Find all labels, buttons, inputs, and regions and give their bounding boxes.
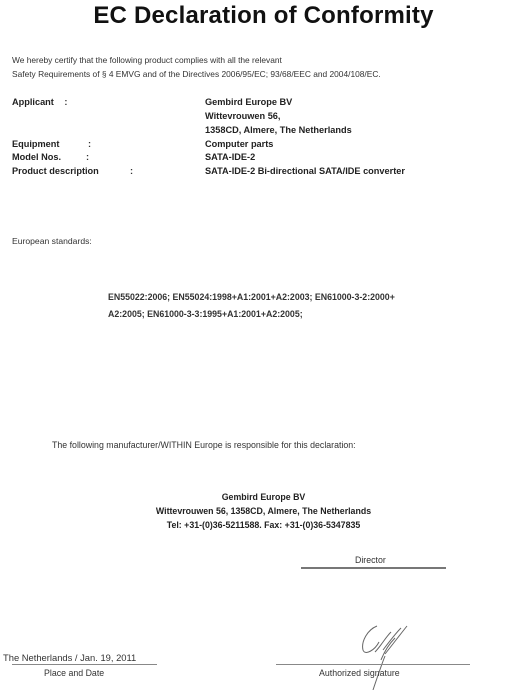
applicant-label-text: Applicant xyxy=(12,97,54,107)
applicant-street: Wittevrouwen 56, xyxy=(205,111,280,121)
standards-heading: European standards: xyxy=(12,236,92,246)
signatory-title: Director xyxy=(355,555,386,565)
responsibility-statement: The following manufacturer/WITHIN Europe… xyxy=(52,440,356,450)
product-colon: : xyxy=(130,166,133,176)
place-date-value: The Netherlands / Jan. 19, 2011 xyxy=(3,652,136,663)
handwritten-signature-icon xyxy=(355,620,435,690)
place-date-label: Place and Date xyxy=(44,668,104,678)
equipment-colon: : xyxy=(88,139,91,149)
applicant-city: 1358CD, Almere, The Netherlands xyxy=(205,125,352,135)
authorized-signature-label: Authorized signature xyxy=(319,668,400,678)
model-label: Model Nos. xyxy=(12,152,61,162)
manufacturer-name: Gembird Europe BV xyxy=(0,492,527,502)
signature-line xyxy=(276,664,470,665)
applicant-colon: : xyxy=(64,97,67,107)
standards-line-2: A2:2005; EN61000-3-3:1995+A1:2001+A2:200… xyxy=(108,309,303,319)
place-date-underline xyxy=(12,664,157,665)
document-title: EC Declaration of Conformity xyxy=(0,2,527,30)
intro-line-2: Safety Requirements of § 4 EMVG and of t… xyxy=(12,69,381,79)
product-label: Product description xyxy=(12,166,99,176)
model-value: SATA-IDE-2 xyxy=(205,152,255,162)
product-value: SATA-IDE-2 Bi-directional SATA/IDE conve… xyxy=(205,166,405,176)
manufacturer-contact: Tel: +31-(0)36-5211588. Fax: +31-(0)36-5… xyxy=(0,520,527,530)
manufacturer-address: Wittevrouwen 56, 1358CD, Almere, The Net… xyxy=(0,506,527,516)
applicant-label: Applicant : xyxy=(12,97,67,107)
equipment-value: Computer parts xyxy=(205,139,273,149)
model-colon: : xyxy=(86,152,89,162)
standards-line-1: EN55022:2006; EN55024:1998+A1:2001+A2:20… xyxy=(108,292,395,302)
equipment-label: Equipment xyxy=(12,139,59,149)
title-underline xyxy=(301,567,446,569)
intro-line-1: We hereby certify that the following pro… xyxy=(12,55,282,65)
applicant-name: Gembird Europe BV xyxy=(205,97,292,107)
